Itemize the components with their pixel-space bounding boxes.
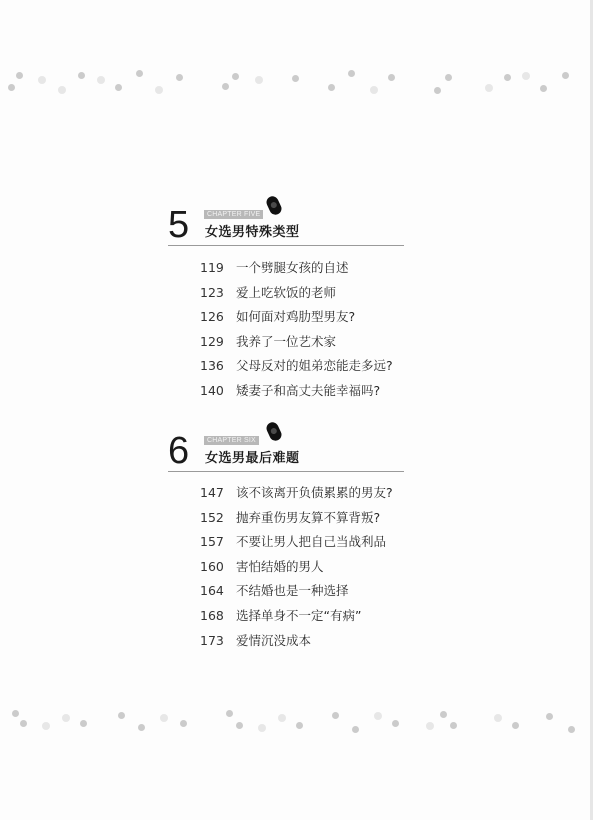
entry-title: 不要让男人把自己当战利品 [236,534,386,549]
toc-entry[interactable]: 160害怕结婚的男人 [200,555,393,580]
entry-title: 父母反对的姐弟恋能走多远? [236,358,393,373]
page-number: 173 [200,629,236,654]
capsule-icon [265,420,284,442]
page-number: 129 [200,330,236,355]
toc-entry[interactable]: 129我养了一位艺术家 [200,330,393,355]
book-page: 5 CHAPTER FIVE 女选男特殊类型 119一个劈腿女孩的自述 123爱… [0,0,593,820]
page-number: 119 [200,256,236,281]
toc-entry[interactable]: 157不要让男人把自己当战利品 [200,530,393,555]
toc-entry[interactable]: 136父母反对的姐弟恋能走多远? [200,354,393,379]
toc-entry[interactable]: 123爱上吃软饭的老师 [200,281,393,306]
toc-entry[interactable]: 126如何面对鸡肋型男友? [200,305,393,330]
chapter-tag: CHAPTER SIX [204,436,259,445]
toc-entry[interactable]: 152抛弃重伤男友算不算背叛? [200,506,393,531]
toc-entry[interactable]: 168选择单身不一定“有病” [200,604,393,629]
chapter-divider [168,471,404,472]
page-number: 157 [200,530,236,555]
entry-title: 该不该离开负债累累的男友? [236,485,393,500]
chapter-number: 6 [168,434,189,468]
entry-title: 矮妻子和高丈夫能幸福吗? [236,383,380,398]
entry-title: 我养了一位艺术家 [236,334,336,349]
toc-entry[interactable]: 140矮妻子和高丈夫能幸福吗? [200,379,393,404]
page-number: 140 [200,379,236,404]
entry-title: 不结婚也是一种选择 [236,583,349,598]
page-number: 168 [200,604,236,629]
capsule-icon [265,194,284,216]
toc-entry[interactable]: 119一个劈腿女孩的自述 [200,256,393,281]
entry-title: 如何面对鸡肋型男友? [236,309,355,324]
toc-entry[interactable]: 164不结婚也是一种选择 [200,579,393,604]
chapter-divider [168,245,404,246]
entry-title: 抛弃重伤男友算不算背叛? [236,510,380,525]
entry-title: 一个劈腿女孩的自述 [236,260,349,275]
decorative-dots-bottom [0,702,590,752]
decorative-dots-top [0,62,590,112]
chapter-5-entries: 119一个劈腿女孩的自述 123爱上吃软饭的老师 126如何面对鸡肋型男友? 1… [200,256,393,404]
page-number: 160 [200,555,236,580]
chapter-title: 女选男最后难题 [205,447,300,466]
page-number: 164 [200,579,236,604]
page-number: 123 [200,281,236,306]
toc-entry[interactable]: 173爱情沉没成本 [200,629,393,654]
chapter-6-entries: 147该不该离开负债累累的男友? 152抛弃重伤男友算不算背叛? 157不要让男… [200,481,393,653]
toc-entry[interactable]: 147该不该离开负债累累的男友? [200,481,393,506]
page-number: 152 [200,506,236,531]
chapter-tag: CHAPTER FIVE [204,210,263,219]
page-number: 126 [200,305,236,330]
chapter-title: 女选男特殊类型 [205,221,300,240]
chapter-number: 5 [168,208,189,242]
page-number: 147 [200,481,236,506]
entry-title: 爱情沉没成本 [236,633,311,648]
entry-title: 爱上吃软饭的老师 [236,285,336,300]
chapter-5-header: 5 CHAPTER FIVE 女选男特殊类型 [168,208,404,242]
page-number: 136 [200,354,236,379]
entry-title: 选择单身不一定“有病” [236,608,361,623]
entry-title: 害怕结婚的男人 [236,559,324,574]
chapter-6-header: 6 CHAPTER SIX 女选男最后难题 [168,434,404,468]
